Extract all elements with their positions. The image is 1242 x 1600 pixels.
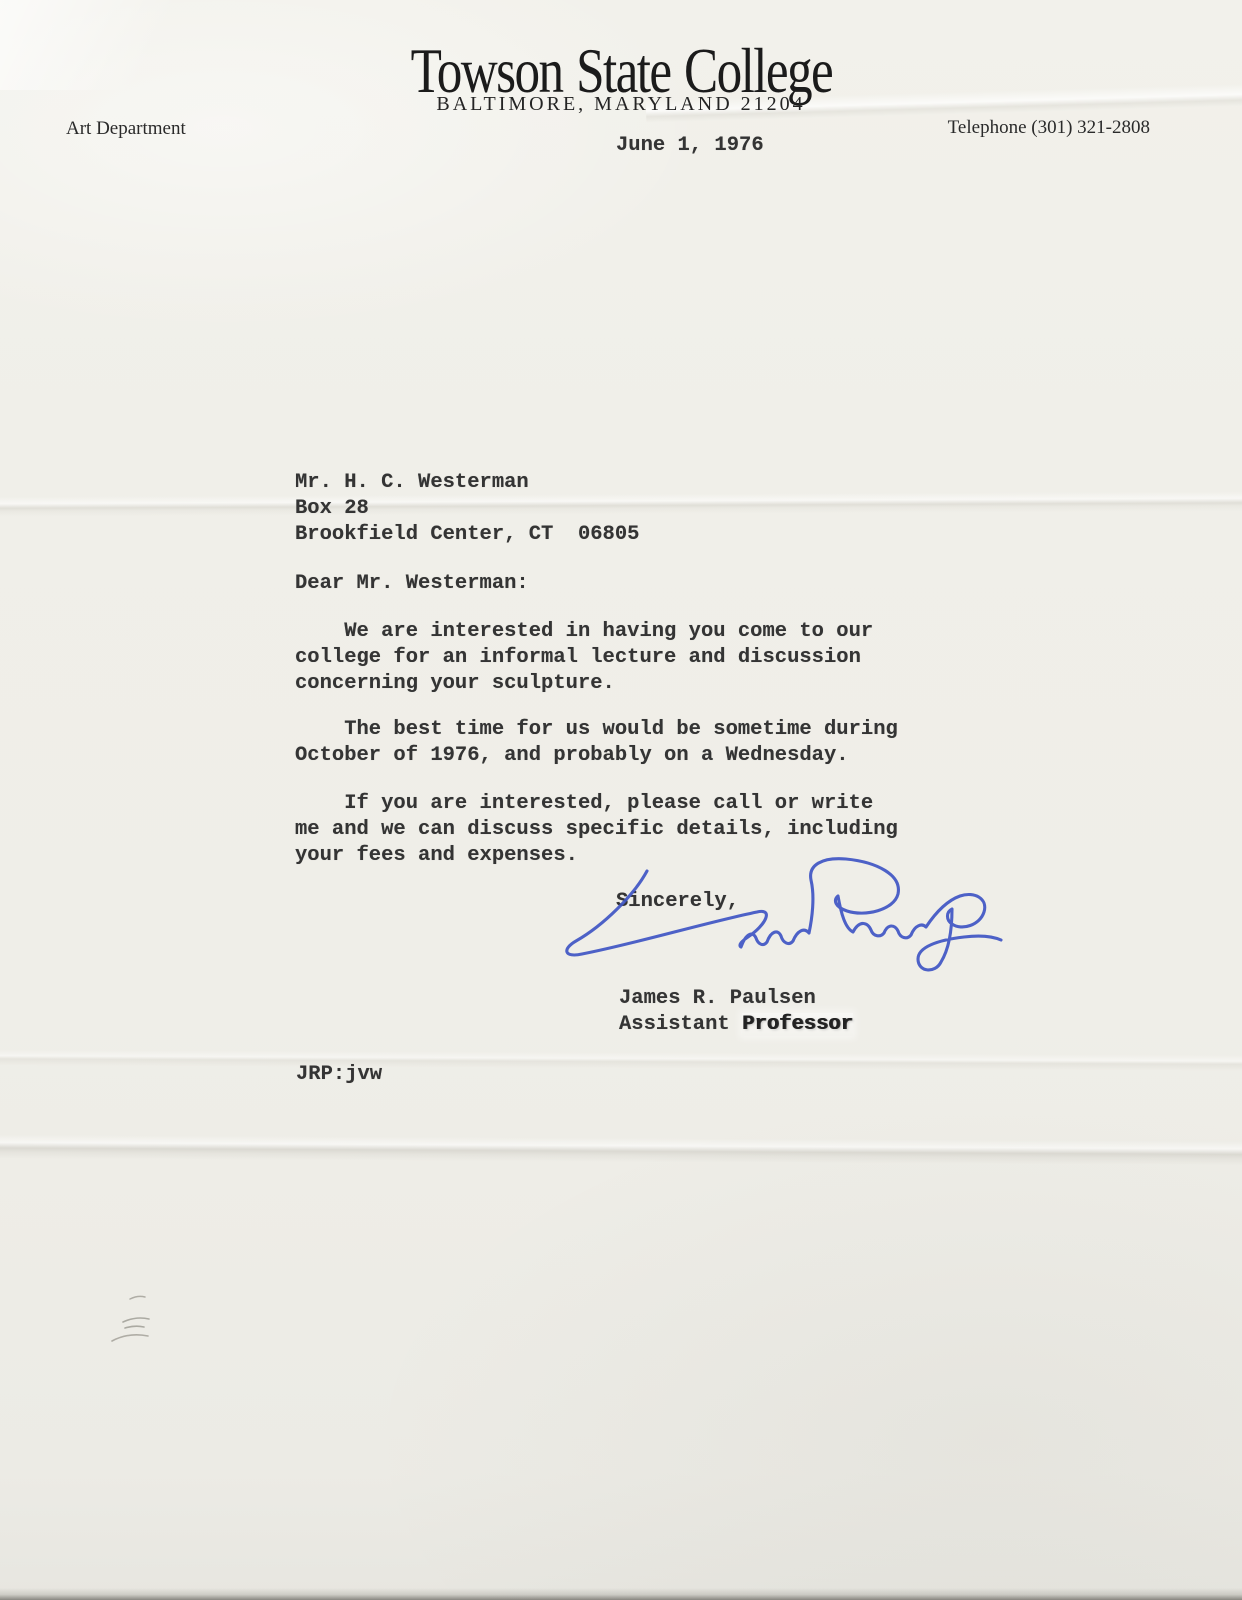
letter-page: Towson State College BALTIMORE, MARYLAND… — [0, 0, 1242, 1600]
letterhead-telephone: Telephone (301) 321-2808 — [948, 117, 1150, 139]
recipient-address-block: Mr. H. C. Westerman Box 28 Brookfield Ce… — [295, 470, 639, 548]
body-paragraph-2: The best time for us would be sometime d… — [295, 717, 898, 769]
salutation: Dear Mr. Westerman: — [295, 571, 529, 597]
letter-date: June 1, 1976 — [616, 133, 764, 159]
fold-crease-lower — [0, 1135, 1242, 1166]
signer-typed-name: James R. Paulsen — [619, 986, 816, 1012]
fold-crease-middle — [0, 1049, 1242, 1071]
body-paragraph-1: We are interested in having you come to … — [295, 619, 873, 697]
letterhead-department: Art Department — [66, 118, 186, 140]
pencil-mark — [103, 1286, 167, 1352]
signer-title-prefix: Assistant — [619, 1013, 742, 1036]
signer-title-overstrike: Professor — [742, 1013, 853, 1036]
recipient-city: Brookfield Center, CT 06805 — [295, 523, 639, 546]
recipient-box: Box 28 — [295, 497, 369, 520]
paper-bottom-edge — [0, 1588, 1242, 1600]
letterhead-college-address: BALTIMORE, MARYLAND 21204 — [0, 93, 1242, 116]
reference-initials: JRP:jvw — [296, 1062, 382, 1088]
signer-typed-title: Assistant Professor — [619, 1012, 853, 1038]
recipient-name: Mr. H. C. Westerman — [295, 471, 529, 494]
handwritten-signature-icon — [552, 853, 1020, 985]
